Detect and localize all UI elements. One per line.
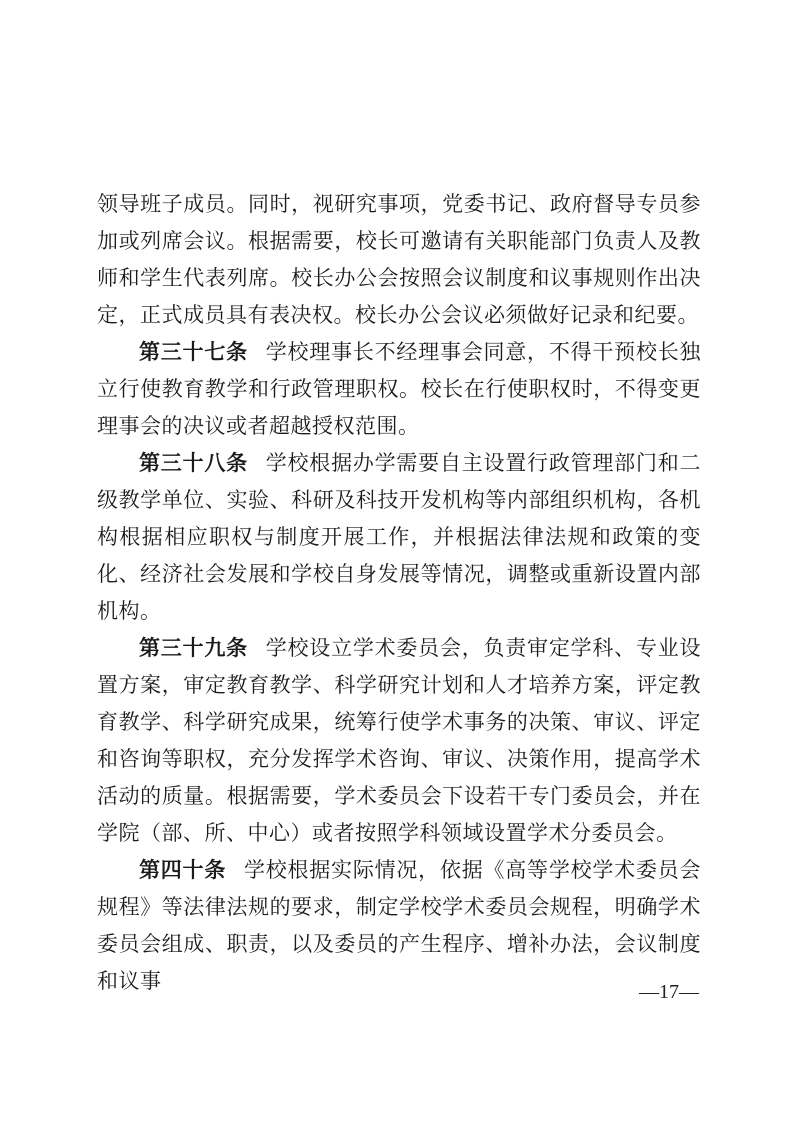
- article-heading: 第三十八条: [139, 451, 248, 475]
- paragraph-article-39: 第三十九条学校设立学术委员会，负责审定学科、专业设置方案，审定教育教学、科学研究…: [97, 630, 701, 852]
- paragraph-text: 学校根据办学需要自主设置行政管理部门和二级教学单位、实验、科研及科技开发机构等内…: [97, 451, 701, 623]
- paragraph-article-38: 第三十八条学校根据办学需要自主设置行政管理部门和二级教学单位、实验、科研及科技开…: [97, 445, 701, 630]
- document-page: 领导班子成员。同时，视研究事项，党委书记、政府督导专员参加或列席会议。根据需要，…: [0, 0, 793, 1122]
- page-footer: —17—: [639, 980, 699, 1004]
- article-heading: 第四十条: [139, 858, 226, 882]
- document-body: 领导班子成员。同时，视研究事项，党委书记、政府督导专员参加或列席会议。根据需要，…: [97, 186, 701, 1000]
- paragraph-text: 学校设立学术委员会，负责审定学科、专业设置方案，审定教育教学、科学研究计划和人才…: [97, 636, 701, 845]
- paragraph-continuation: 领导班子成员。同时，视研究事项，党委书记、政府督导专员参加或列席会议。根据需要，…: [97, 186, 701, 334]
- article-heading: 第三十九条: [139, 636, 248, 660]
- page-number: —17—: [639, 981, 699, 1003]
- article-heading: 第三十七条: [139, 340, 248, 364]
- paragraph-article-37: 第三十七条学校理事长不经理事会同意，不得干预校长独立行使教育教学和行政管理职权。…: [97, 334, 701, 445]
- paragraph-text: 领导班子成员。同时，视研究事项，党委书记、政府督导专员参加或列席会议。根据需要，…: [97, 192, 701, 327]
- paragraph-article-40: 第四十条学校根据实际情况，依据《高等学校学术委员会规程》等法律法规的要求，制定学…: [97, 852, 701, 1000]
